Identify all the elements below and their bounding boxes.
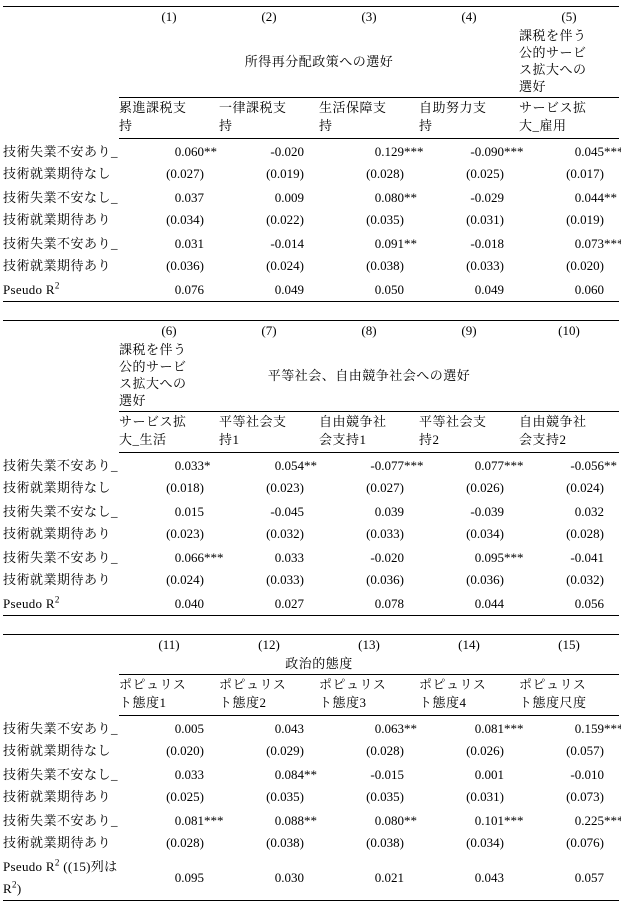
row-label-spacer bbox=[3, 98, 119, 139]
column-number: (3) bbox=[319, 7, 419, 28]
column-header: 平等社会支持1 bbox=[219, 412, 319, 453]
column-header: 自助努力支持 bbox=[419, 98, 519, 139]
std-error-cell: (0.034) bbox=[419, 832, 519, 854]
column-header: 自由競争社会支持1 bbox=[319, 412, 419, 453]
std-error-cell: (0.027) bbox=[119, 163, 219, 185]
group-header-spacer bbox=[519, 655, 619, 675]
row-label: 技術失業不安あり_ bbox=[3, 808, 119, 832]
column-number: (11) bbox=[119, 635, 219, 656]
row-label-spacer bbox=[3, 655, 119, 675]
column-header: 平等社会支持2 bbox=[419, 412, 519, 453]
row-label: 技術就業期待あり bbox=[3, 255, 119, 277]
std-error-cell: (0.033) bbox=[419, 255, 519, 277]
coefficient-cell: 0.054** bbox=[219, 453, 319, 478]
stat-value: 0.049 bbox=[219, 277, 319, 302]
group-header: 課税を伴う公的サービス拡大への選好 bbox=[519, 27, 619, 98]
coefficient-cell: -0.029 bbox=[419, 185, 519, 209]
coefficient-cell: 0.080** bbox=[319, 185, 419, 209]
std-error-cell: (0.026) bbox=[419, 477, 519, 499]
coefficient-cell: 0.073*** bbox=[519, 231, 619, 255]
column-number: (14) bbox=[419, 635, 519, 656]
row-label: 技術就業期待あり bbox=[3, 569, 119, 591]
column-number: (10) bbox=[519, 321, 619, 342]
group-header-spacer bbox=[519, 341, 619, 412]
coefficient-cell: -0.018 bbox=[419, 231, 519, 255]
coefficient-cell: 0.044** bbox=[519, 185, 619, 209]
std-error-cell: (0.017) bbox=[519, 163, 619, 185]
row-label: 技術失業不安あり_ bbox=[3, 231, 119, 255]
std-error-cell: (0.038) bbox=[319, 255, 419, 277]
coefficient-cell: -0.041 bbox=[519, 545, 619, 569]
column-header: ポピュリスト態度3 bbox=[319, 675, 419, 716]
coefficient-cell: -0.010 bbox=[519, 762, 619, 786]
std-error-cell: (0.036) bbox=[119, 255, 219, 277]
stat-label: Pseudo R2 ((15)列はR2) bbox=[3, 854, 119, 901]
std-error-cell: (0.024) bbox=[519, 477, 619, 499]
row-label: 技術失業不安あり_ bbox=[3, 545, 119, 569]
stat-value: 0.021 bbox=[319, 854, 419, 901]
column-header: 累進課税支持 bbox=[119, 98, 219, 139]
column-number: (1) bbox=[119, 7, 219, 28]
std-error-cell: (0.026) bbox=[419, 740, 519, 762]
coefficient-cell: 0.080** bbox=[319, 808, 419, 832]
coefficient-cell: -0.045 bbox=[219, 499, 319, 523]
column-number: (13) bbox=[319, 635, 419, 656]
stat-value: 0.057 bbox=[519, 854, 619, 901]
coefficient-cell: 0.033 bbox=[219, 545, 319, 569]
stat-value: 0.027 bbox=[219, 591, 319, 616]
row-label: 技術失業不安なし_ bbox=[3, 499, 119, 523]
row-label: 技術失業不安あり_ bbox=[3, 139, 119, 164]
group-header: 課税を伴う公的サービス拡大への選好 bbox=[119, 341, 219, 412]
coefficient-cell: 0.095*** bbox=[419, 545, 519, 569]
coefficient-cell: 0.037 bbox=[119, 185, 219, 209]
stat-value: 0.040 bbox=[119, 591, 219, 616]
row-label-spacer bbox=[3, 635, 119, 656]
row-label: 技術就業期待あり bbox=[3, 832, 119, 854]
std-error-cell: (0.038) bbox=[219, 832, 319, 854]
regression-table-panel-1: (1)(2)(3)(4)(5)所得再分配政策への選好課税を伴う公的サービス拡大へ… bbox=[3, 6, 619, 302]
std-error-cell: (0.020) bbox=[519, 255, 619, 277]
std-error-cell: (0.019) bbox=[519, 209, 619, 231]
std-error-cell: (0.028) bbox=[319, 163, 419, 185]
coefficient-cell: 0.066*** bbox=[119, 545, 219, 569]
std-error-cell: (0.036) bbox=[419, 569, 519, 591]
std-error-cell: (0.033) bbox=[219, 569, 319, 591]
std-error-cell: (0.057) bbox=[519, 740, 619, 762]
stat-value: 0.078 bbox=[319, 591, 419, 616]
row-label: 技術失業不安あり_ bbox=[3, 716, 119, 741]
coefficient-cell: 0.033 bbox=[119, 762, 219, 786]
row-label: 技術就業期待あり bbox=[3, 209, 119, 231]
regression-table-panel-3: (11)(12)(13)(14)(15)政治的態度ポピュリスト態度1ポピュリスト… bbox=[3, 634, 619, 901]
stat-value: 0.050 bbox=[319, 277, 419, 302]
std-error-cell: (0.019) bbox=[219, 163, 319, 185]
coefficient-cell: 0.129*** bbox=[319, 139, 419, 164]
stat-value: 0.043 bbox=[419, 854, 519, 901]
stat-label-line: Pseudo R2 ((15)列は bbox=[3, 856, 119, 878]
std-error-cell: (0.023) bbox=[219, 477, 319, 499]
coefficient-cell: 0.039 bbox=[319, 499, 419, 523]
row-label: 技術就業期待なし bbox=[3, 740, 119, 762]
column-number: (2) bbox=[219, 7, 319, 28]
column-header: サービス拡大_生活 bbox=[119, 412, 219, 453]
coefficient-cell: 0.043 bbox=[219, 716, 319, 741]
row-label: 技術就業期待あり bbox=[3, 786, 119, 808]
stat-label-line: R2) bbox=[3, 878, 119, 900]
coefficient-cell: -0.015 bbox=[319, 762, 419, 786]
coefficient-cell: 0.009 bbox=[219, 185, 319, 209]
stat-value: 0.060 bbox=[519, 277, 619, 302]
coefficient-cell: 0.081*** bbox=[119, 808, 219, 832]
stat-label: Pseudo R2 bbox=[3, 277, 119, 302]
coefficient-cell: 0.225*** bbox=[519, 808, 619, 832]
std-error-cell: (0.032) bbox=[219, 523, 319, 545]
coefficient-cell: 0.088** bbox=[219, 808, 319, 832]
stat-value: 0.049 bbox=[419, 277, 519, 302]
column-header: ポピュリスト態度尺度 bbox=[519, 675, 619, 716]
regression-table-panel-2: (6)(7)(8)(9)(10)課税を伴う公的サービス拡大への選好平等社会、自由… bbox=[3, 320, 619, 616]
coefficient-cell: 0.031 bbox=[119, 231, 219, 255]
std-error-cell: (0.032) bbox=[519, 569, 619, 591]
coefficient-cell: 0.091** bbox=[319, 231, 419, 255]
column-header: 生活保障支持 bbox=[319, 98, 419, 139]
column-number: (5) bbox=[519, 7, 619, 28]
column-header: ポピュリスト態度4 bbox=[419, 675, 519, 716]
std-error-cell: (0.035) bbox=[319, 209, 419, 231]
coefficient-cell: 0.060** bbox=[119, 139, 219, 164]
group-header: 政治的態度 bbox=[119, 655, 519, 675]
std-error-cell: (0.031) bbox=[419, 209, 519, 231]
stat-value: 0.056 bbox=[519, 591, 619, 616]
column-header: ポピュリスト態度1 bbox=[119, 675, 219, 716]
std-error-cell: (0.025) bbox=[419, 163, 519, 185]
coefficient-cell: 0.005 bbox=[119, 716, 219, 741]
std-error-cell: (0.035) bbox=[319, 786, 419, 808]
column-header: サービス拡大_雇用 bbox=[519, 98, 619, 139]
coefficient-cell: -0.020 bbox=[219, 139, 319, 164]
row-label: 技術就業期待なし bbox=[3, 477, 119, 499]
row-label-spacer bbox=[3, 341, 119, 412]
std-error-cell: (0.034) bbox=[419, 523, 519, 545]
stat-value: 0.030 bbox=[219, 854, 319, 901]
coefficient-cell: -0.020 bbox=[319, 545, 419, 569]
coefficient-cell: 0.063** bbox=[319, 716, 419, 741]
std-error-cell: (0.034) bbox=[119, 209, 219, 231]
column-number: (6) bbox=[119, 321, 219, 342]
row-label: 技術失業不安あり_ bbox=[3, 453, 119, 478]
std-error-cell: (0.020) bbox=[119, 740, 219, 762]
std-error-cell: (0.022) bbox=[219, 209, 319, 231]
group-header: 所得再分配政策への選好 bbox=[119, 27, 519, 98]
column-number: (8) bbox=[319, 321, 419, 342]
coefficient-cell: 0.015 bbox=[119, 499, 219, 523]
row-label-spacer bbox=[3, 7, 119, 28]
coefficient-cell: 0.081*** bbox=[419, 716, 519, 741]
row-label: 技術失業不安なし_ bbox=[3, 185, 119, 209]
coefficient-cell: 0.159*** bbox=[519, 716, 619, 741]
coefficient-cell: 0.033* bbox=[119, 453, 219, 478]
column-header: 一律課税支持 bbox=[219, 98, 319, 139]
std-error-cell: (0.031) bbox=[419, 786, 519, 808]
coefficient-cell: -0.077*** bbox=[319, 453, 419, 478]
row-label: 技術失業不安なし_ bbox=[3, 762, 119, 786]
column-header: ポピュリスト態度2 bbox=[219, 675, 319, 716]
coefficient-cell: 0.077*** bbox=[419, 453, 519, 478]
column-number: (12) bbox=[219, 635, 319, 656]
coefficient-cell: 0.001 bbox=[419, 762, 519, 786]
coefficient-cell: -0.039 bbox=[419, 499, 519, 523]
std-error-cell: (0.024) bbox=[219, 255, 319, 277]
stat-label-line: Pseudo R2 bbox=[3, 593, 119, 615]
stat-label-line: Pseudo R2 bbox=[3, 279, 119, 301]
stat-label: Pseudo R2 bbox=[3, 591, 119, 616]
column-header: 自由競争社会支持2 bbox=[519, 412, 619, 453]
column-number: (7) bbox=[219, 321, 319, 342]
row-label: 技術就業期待あり bbox=[3, 523, 119, 545]
row-label-spacer bbox=[3, 27, 119, 98]
std-error-cell: (0.029) bbox=[219, 740, 319, 762]
std-error-cell: (0.028) bbox=[119, 832, 219, 854]
std-error-cell: (0.073) bbox=[519, 786, 619, 808]
row-label-spacer bbox=[3, 675, 119, 716]
column-number: (15) bbox=[519, 635, 619, 656]
std-error-cell: (0.038) bbox=[319, 832, 419, 854]
coefficient-cell: -0.014 bbox=[219, 231, 319, 255]
column-number: (4) bbox=[419, 7, 519, 28]
coefficient-cell: 0.032 bbox=[519, 499, 619, 523]
coefficient-cell: -0.090*** bbox=[419, 139, 519, 164]
std-error-cell: (0.024) bbox=[119, 569, 219, 591]
coefficient-cell: -0.056** bbox=[519, 453, 619, 478]
coefficient-cell: 0.084** bbox=[219, 762, 319, 786]
group-header: 平等社会、自由競争社会への選好 bbox=[219, 341, 519, 412]
regression-tables-page: (1)(2)(3)(4)(5)所得再分配政策への選好課税を伴う公的サービス拡大へ… bbox=[0, 0, 621, 901]
std-error-cell: (0.027) bbox=[319, 477, 419, 499]
stat-value: 0.095 bbox=[119, 854, 219, 901]
row-label-spacer bbox=[3, 412, 119, 453]
stat-value: 0.044 bbox=[419, 591, 519, 616]
coefficient-cell: 0.045*** bbox=[519, 139, 619, 164]
std-error-cell: (0.076) bbox=[519, 832, 619, 854]
column-number: (9) bbox=[419, 321, 519, 342]
std-error-cell: (0.036) bbox=[319, 569, 419, 591]
coefficient-cell: 0.101*** bbox=[419, 808, 519, 832]
std-error-cell: (0.023) bbox=[119, 523, 219, 545]
std-error-cell: (0.033) bbox=[319, 523, 419, 545]
row-label: 技術就業期待なし bbox=[3, 163, 119, 185]
row-label-spacer bbox=[3, 321, 119, 342]
stat-value: 0.076 bbox=[119, 277, 219, 302]
std-error-cell: (0.028) bbox=[519, 523, 619, 545]
std-error-cell: (0.035) bbox=[219, 786, 319, 808]
std-error-cell: (0.018) bbox=[119, 477, 219, 499]
std-error-cell: (0.028) bbox=[319, 740, 419, 762]
std-error-cell: (0.025) bbox=[119, 786, 219, 808]
